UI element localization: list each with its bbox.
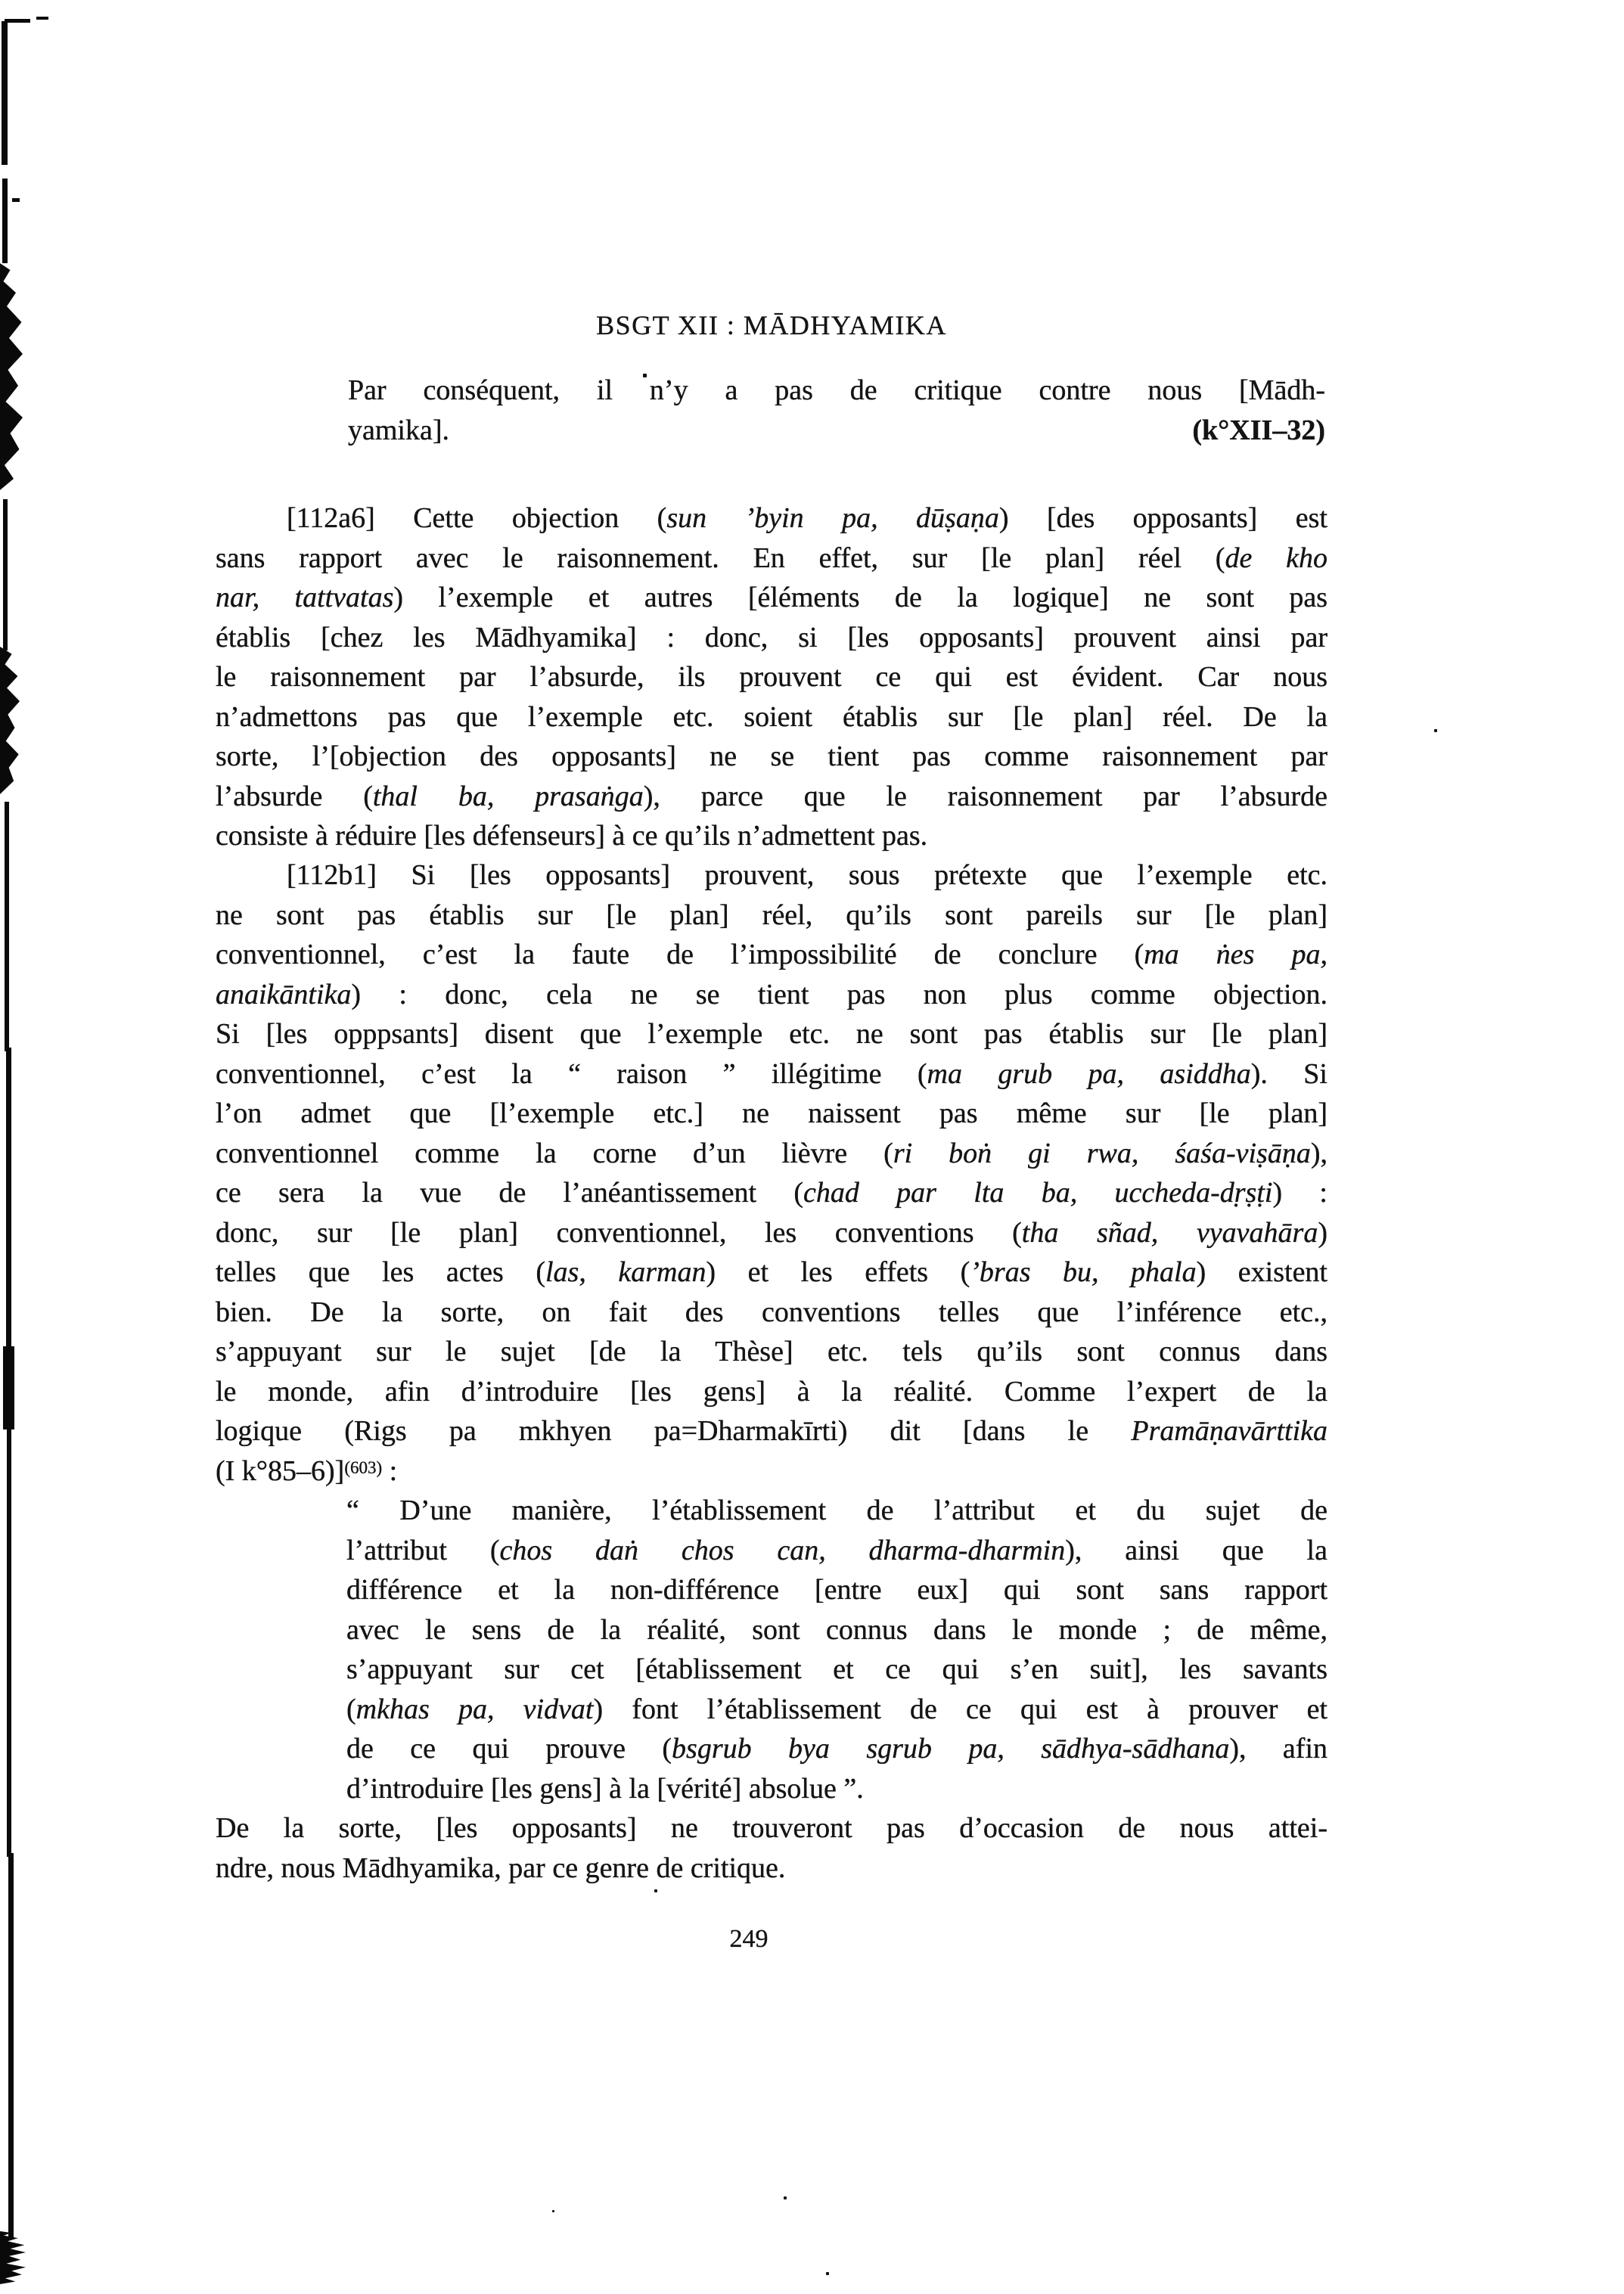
scan-speck	[1434, 729, 1437, 732]
running-head: BSGT XII : MĀDHYAMIKA	[216, 306, 1327, 345]
text-line: s’appuyant sur le sujet [de la Thèse] et…	[216, 1332, 1327, 1372]
verse-line-1: Par conséquent, il n’y a pas de critique…	[348, 371, 1325, 411]
scan-speck	[784, 2196, 787, 2199]
edge-line	[8, 1853, 14, 2239]
edge-line	[6, 1048, 11, 1350]
text-line: “ D’une manière, l’établissement de l’at…	[346, 1491, 1327, 1531]
page-number: 249	[216, 1924, 1282, 1954]
text-line: s’appuyant sur cet [établissement et ce …	[346, 1650, 1327, 1690]
scan-speck	[654, 1889, 657, 1892]
text-line: ce sera la vue de l’anéantissement (chad…	[216, 1173, 1327, 1213]
verse-karika: Par conséquent, il n’y a pas de critique…	[348, 371, 1325, 450]
edge-corner-dash	[36, 17, 48, 20]
text-line: donc, sur [le plan] conventionnel, les c…	[216, 1213, 1327, 1253]
edge-line	[2, 21, 8, 165]
edge-ink-blob	[0, 263, 23, 490]
text-line: conventionnel, c’est la faute de l’impos…	[216, 935, 1327, 975]
closing-paragraph: De la sorte, [les opposants] ne trouvero…	[216, 1808, 1327, 1888]
text-line: consiste à réduire [les défenseurs] à ce…	[216, 816, 1327, 856]
text-line: (I k°85–6)](603) :	[216, 1451, 1327, 1492]
edge-ink-blob	[0, 647, 20, 794]
text-line: n’admettons pas que l’exemple etc. soien…	[216, 697, 1327, 737]
text-line: avec le sens de la réalité, sont connus …	[346, 1610, 1327, 1650]
text-line: le monde, afin d’introduire [les gens] à…	[216, 1372, 1327, 1412]
edge-line	[5, 802, 9, 1051]
edge-corner-dash	[5, 19, 30, 23]
text-line: [112a6] Cette objection (sun ’byin pa, d…	[216, 498, 1327, 539]
text-line: [112b1] Si [les opposants] prouvent, sou…	[216, 855, 1327, 896]
paragraph-112b1: [112b1] Si [les opposants] prouvent, sou…	[216, 855, 1327, 1491]
verse-reference: (k°XII–32)	[1192, 411, 1325, 451]
text-line: nar, tattvatas) l’exemple et autres [élé…	[216, 578, 1327, 618]
text-line: anaikāntika) : donc, cela ne se tient pa…	[216, 975, 1327, 1015]
text-line: (mkhas pa, vidvat) font l’établissement …	[346, 1690, 1327, 1730]
text-line: conventionnel comme la corne d’un lièvre…	[216, 1134, 1327, 1174]
text-line: l’attribut (chos daṅ chos can, dharma-dh…	[346, 1531, 1327, 1571]
verse-line-2: yamika]. (k°XII–32)	[348, 411, 1325, 451]
text-line: logique (Rigs pa mkhyen pa=Dharmakīrti) …	[216, 1411, 1327, 1451]
edge-dash	[12, 198, 20, 202]
edge-line	[2, 178, 8, 263]
text-line: le raisonnement par l’absurde, ils prouv…	[216, 657, 1327, 697]
edge-line	[3, 499, 8, 650]
text-line: ndre, nous Mādhyamika, par ce genre de c…	[216, 1849, 1327, 1889]
text-line: bien. De la sorte, on fait des conventio…	[216, 1293, 1327, 1333]
paragraph-112a6: [112a6] Cette objection (sun ’byin pa, d…	[216, 498, 1327, 856]
text-line: de ce qui prouve (bsgrub bya sgrub pa, s…	[346, 1729, 1327, 1769]
edge-ink-blob	[3, 1346, 14, 1429]
text-line: De la sorte, [les opposants] ne trouvero…	[216, 1808, 1327, 1849]
text-line: sorte, l’[objection des opposants] ne se…	[216, 737, 1327, 777]
text-line: telles que les actes (las, karman) et le…	[216, 1253, 1327, 1293]
text-line: l’absurde (thal ba, prasaṅga), parce que…	[216, 777, 1327, 817]
edge-ink-blob	[0, 2231, 26, 2284]
scan-speck	[552, 2210, 554, 2212]
text-line: conventionnel, c’est la “ raison ” illég…	[216, 1054, 1327, 1094]
text-line: ne sont pas établis sur [le plan] réel, …	[216, 896, 1327, 936]
scan-speck	[826, 2272, 829, 2275]
blockquote-pramanavarttika: “ D’une manière, l’établissement de l’at…	[346, 1491, 1327, 1808]
text-line: l’on admet que [l’exemple etc.] ne naiss…	[216, 1094, 1327, 1134]
text-line: établis [chez les Mādhyamika] : donc, si…	[216, 618, 1327, 658]
text-line: Si [les opppsants] disent que l’exemple …	[216, 1014, 1327, 1054]
scanned-book-page: BSGT XII : MĀDHYAMIKA Par conséquent, il…	[0, 0, 1624, 2294]
edge-line	[7, 1426, 11, 1857]
text-line: sans rapport avec le raisonnement. En ef…	[216, 539, 1327, 579]
verse-line-2-text: yamika].	[348, 411, 449, 451]
text-line: différence et la non-différence [entre e…	[346, 1570, 1327, 1610]
text-line: d’introduire [les gens] à la [vérité] ab…	[346, 1769, 1327, 1809]
